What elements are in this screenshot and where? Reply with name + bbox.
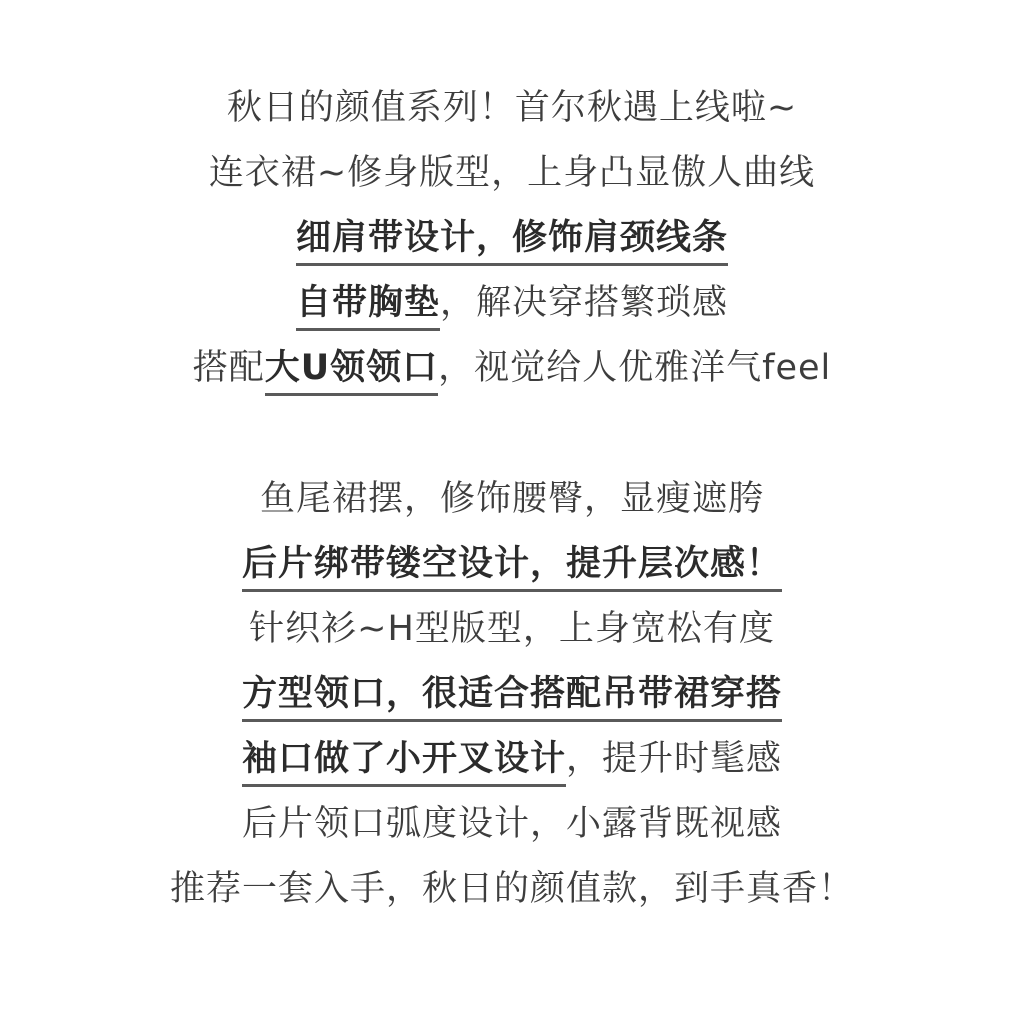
product-description-page: 秋日的颜值系列！首尔秋遇上线啦~ 连衣裙~修身版型，上身凸显傲人曲线 细肩带设计… bbox=[0, 0, 1024, 1024]
text-line: 后片绑带镂空设计，提升层次感！ bbox=[0, 532, 1024, 597]
line-text: 后片领口弧度设计，小露背既视感 bbox=[242, 804, 782, 844]
line-text: ，提升时髦感 bbox=[566, 739, 782, 779]
line-text: 推荐一套入手，秋日的颜值款，到手真香！ bbox=[170, 869, 854, 909]
line-text: ，视觉给人优雅洋气feel bbox=[438, 348, 831, 388]
line-text: 针织衫~H型版型，上身宽松有度 bbox=[249, 609, 775, 649]
highlighted-text: 袖口做了小开叉设计 bbox=[242, 739, 566, 787]
product-description-text: 秋日的颜值系列！首尔秋遇上线啦~ 连衣裙~修身版型，上身凸显傲人曲线 细肩带设计… bbox=[0, 76, 1024, 922]
line-text: ，解决穿搭繁琐感 bbox=[440, 283, 728, 323]
text-line: 针织衫~H型版型，上身宽松有度 bbox=[0, 597, 1024, 662]
line-text: 连衣裙~修身版型，上身凸显傲人曲线 bbox=[209, 153, 815, 193]
line-text: 搭配 bbox=[193, 348, 265, 388]
text-line: 推荐一套入手，秋日的颜值款，到手真香！ bbox=[0, 857, 1024, 922]
text-line: 后片领口弧度设计，小露背既视感 bbox=[0, 792, 1024, 857]
text-line: 方型领口，很适合搭配吊带裙穿搭 bbox=[0, 662, 1024, 727]
text-line: 自带胸垫，解决穿搭繁琐感 bbox=[0, 271, 1024, 336]
highlighted-text: 自带胸垫 bbox=[296, 283, 440, 331]
line-text: 秋日的颜值系列！首尔秋遇上线啦~ bbox=[227, 88, 797, 128]
highlighted-text: 后片绑带镂空设计，提升层次感！ bbox=[242, 544, 782, 592]
text-line: 搭配大U领领口，视觉给人优雅洋气feel bbox=[0, 336, 1024, 401]
text-line: 秋日的颜值系列！首尔秋遇上线啦~ bbox=[0, 76, 1024, 141]
highlighted-text: 细肩带设计，修饰肩颈线条 bbox=[296, 218, 728, 266]
text-line: 鱼尾裙摆，修饰腰臀，显瘦遮胯 bbox=[0, 467, 1024, 532]
highlighted-text: 方型领口，很适合搭配吊带裙穿搭 bbox=[242, 674, 782, 722]
text-line: 袖口做了小开叉设计，提升时髦感 bbox=[0, 727, 1024, 792]
text-line: 细肩带设计，修饰肩颈线条 bbox=[0, 206, 1024, 271]
highlighted-text: 大U领领口 bbox=[265, 348, 438, 396]
text-line: 连衣裙~修身版型，上身凸显傲人曲线 bbox=[0, 141, 1024, 206]
line-text: 鱼尾裙摆，修饰腰臀，显瘦遮胯 bbox=[260, 479, 764, 519]
